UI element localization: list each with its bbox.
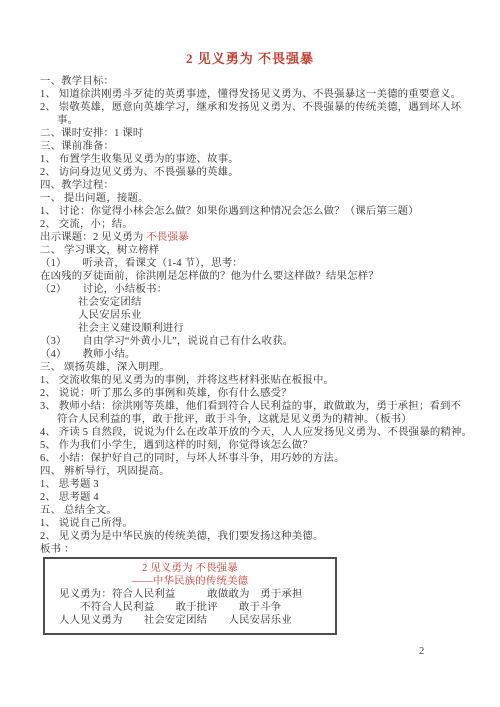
- doc-line: （2） 讨论，小结板书：: [40, 283, 470, 296]
- doc-line: 3、 教师小结：徐洪刚等英雄，他们看到符合人民利益的事，敢做敢为，勇于承担；看到…: [40, 400, 470, 413]
- doc-line: 人民安居乐业: [40, 309, 470, 322]
- doc-line: 1、 交流收集的见义勇为的事例，并将这些材料张贴在板报中。: [40, 374, 470, 387]
- doc-line: 出示课题：2 见义勇为 不畏强暴: [40, 231, 470, 244]
- doc-line: 2、 见义勇为是中华民族的传统美德，我们要发扬这种美德。: [40, 530, 470, 543]
- doc-line: 2、 访问身边见义勇为、不畏强暴的英雄。: [40, 166, 470, 179]
- doc-line: 社会主义建设顺利进行: [40, 322, 470, 335]
- doc-line: 四、教学过程：: [40, 179, 470, 192]
- doc-line: 1、 知道徐洪刚勇斗歹徒的英勇事迹，懂得发扬见义勇为、不畏强暴这一美德的重要意义…: [40, 88, 470, 101]
- doc-line: 2、 交流，小；结。: [40, 218, 470, 231]
- doc-line: 二、课时安排：1 课时: [40, 127, 470, 140]
- doc-line: （4） 教师小结。: [40, 348, 470, 361]
- page-title: 2 见义勇为 不畏强暴: [0, 0, 500, 66]
- doc-line: 一、教学目标：: [40, 75, 470, 88]
- doc-line: 1、 思考题 3: [40, 478, 470, 491]
- doc-line: （3） 自由学习“外黄小儿”，说说自己有什么收获。: [40, 335, 470, 348]
- board-line: 2 见义勇为 不畏强暴: [45, 562, 335, 575]
- doc-line: 三、 颂扬英雄，深入明理。: [40, 361, 470, 374]
- doc-line: 社会安定团结: [40, 296, 470, 309]
- board-line: 见义勇为：符合人民利益 敢做敢为 勇于承担: [59, 588, 335, 601]
- page-number: 2: [419, 646, 424, 657]
- doc-line: （1） 听录音，看课文（1-4 节），思考：: [40, 257, 470, 270]
- doc-line: 五、 总结全文。: [40, 504, 470, 517]
- blackboard-box: 2 见义勇为 不畏强暴——中华民族的传统美德见义勇为：符合人民利益 敢做敢为 勇…: [43, 557, 337, 635]
- board-line: 人人见义勇为 社会安定团结 人民安居乐业: [59, 614, 335, 627]
- doc-line: 在凶残的歹徒面前，徐洪刚是怎样做的？他为什么要这样做？结果怎样？: [40, 270, 470, 283]
- doc-line-highlight: 不畏强暴: [146, 232, 188, 243]
- document-page: 2 见义勇为 不畏强暴 一、教学目标：1、 知道徐洪刚勇斗歹徒的英勇事迹，懂得发…: [0, 0, 500, 707]
- doc-line: 1、 说说自己所得。: [40, 517, 470, 530]
- board-line: ——中华民族的传统美德: [45, 575, 335, 588]
- doc-line: 4、 齐读 5 自然段，说说为什么在改革开放的今天，人人应发扬见义勇为、不畏强暴…: [40, 426, 470, 439]
- doc-line: 板书 ：: [40, 543, 470, 556]
- doc-line: 2、 崇敬英雄，愿意向英雄学习，继承和发扬见义勇为、不畏强暴的传统美德，遇到坏人…: [40, 101, 470, 114]
- doc-line: 一、 提出问题，接题。: [40, 192, 470, 205]
- doc-line: 事。: [40, 114, 470, 127]
- doc-line: 2、 思考题 4: [40, 491, 470, 504]
- doc-line: 四、 辨析导行，巩固提高。: [40, 465, 470, 478]
- board-line: 不符合人民利益 敢于批评 敢于斗争: [59, 601, 335, 614]
- doc-line: 三、课前准备：: [40, 140, 470, 153]
- doc-line: 1、 布置学生收集见义勇为的事迹、故事。: [40, 153, 470, 166]
- doc-line: 6、 小结：保护好自己的同时，与坏人坏事斗争，用巧妙的方法。: [40, 452, 470, 465]
- doc-line: 符合人民利益的事，敢于批评，敢于斗争，这就是见义勇为的精神。（板书）: [40, 413, 470, 426]
- doc-line: 二、 学习课文，树立榜样: [40, 244, 470, 257]
- doc-line: 1、 讨论：你觉得小林会怎么做？如果你遇到这种情况会怎么做？（课后第三题）: [40, 205, 470, 218]
- document-lines: 一、教学目标：1、 知道徐洪刚勇斗歹徒的英勇事迹，懂得发扬见义勇为、不畏强暴这一…: [40, 75, 470, 556]
- doc-line: 2、 说说：听了那么多的事例和英雄，你有什么感受？: [40, 387, 470, 400]
- doc-line-text: 出示课题：2 见义勇为: [40, 232, 146, 243]
- doc-line: 5、 作为我们小学生，遇到这样的时刻，你觉得该怎么做？: [40, 439, 470, 452]
